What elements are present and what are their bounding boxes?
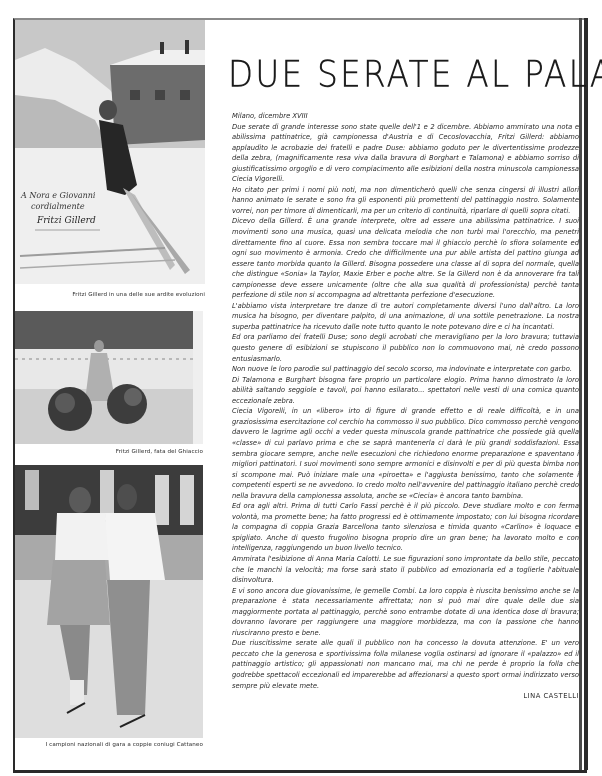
photo-caption-2: Fritzi Gillerd, fata del Ghiaccio: [15, 449, 203, 455]
author-signature: LINA CASTELLI: [232, 691, 579, 702]
article-body: Milano, dicembre XVIII Due serate di gra…: [232, 111, 579, 702]
article-paragraph: E vi sono ancora due giovanissime, le ge…: [232, 586, 579, 639]
article-paragraph: Dicevo della Gillerd. È una grande inter…: [232, 216, 579, 300]
article-paragraph: Ammirata l'esibizione di Anna Maria Calo…: [232, 554, 579, 586]
article-paragraph: Ho citato per primi i nomi più noti, ma …: [232, 185, 579, 217]
skater-flowers-image: [15, 311, 203, 444]
pair-skaters-image: [15, 465, 203, 738]
article-paragraph: Ed ora parliamo dei fratelli Duse; sono …: [232, 332, 579, 364]
article-title: DUE SERATE AL PALAZZO: [228, 54, 554, 96]
article-paragraph: Di Talamona e Burghart bisogna fare prop…: [232, 375, 579, 407]
svg-text:A Nora e Giovanni: A Nora e Giovanni: [20, 191, 96, 200]
article-paragraph: Ciecia Vigorelli, in un «libero» irto di…: [232, 406, 579, 501]
article-paragraph: Due riuscitissime serate alle quali il p…: [232, 638, 579, 691]
article-paragraph: Ed ora agli altri. Prima di tutti Carlo …: [232, 501, 579, 554]
svg-text:cordialmente: cordialmente: [31, 202, 85, 211]
right-border-rule: [579, 18, 582, 770]
photo-gillerd-flowers: [15, 311, 203, 444]
svg-text:Fritzi Gillerd: Fritzi Gillerd: [36, 216, 96, 226]
skater-mountain-image: A Nora e Giovanni cordialmente Fritzi Gi…: [15, 20, 205, 284]
photo-gillerd-skating: A Nora e Giovanni cordialmente Fritzi Gi…: [15, 20, 205, 284]
photo-caption-3: I campioni nazionali di gara a coppie co…: [15, 742, 203, 748]
right-border-rule-outer: [584, 18, 588, 770]
article-paragraph: Non nuove le loro parodie sul pattinaggi…: [232, 364, 579, 375]
article-paragraph: Due serate di grande interesse sono stat…: [232, 122, 579, 185]
photo-caption-1: Fritzi Gillerd in una delle sue ardite e…: [15, 292, 205, 298]
photo-cattaneo-pair: [15, 465, 203, 738]
article-dateline: Milano, dicembre XVIII: [232, 111, 579, 122]
article-paragraph: L'abbiamo vista interpretare tre danze d…: [232, 301, 579, 333]
